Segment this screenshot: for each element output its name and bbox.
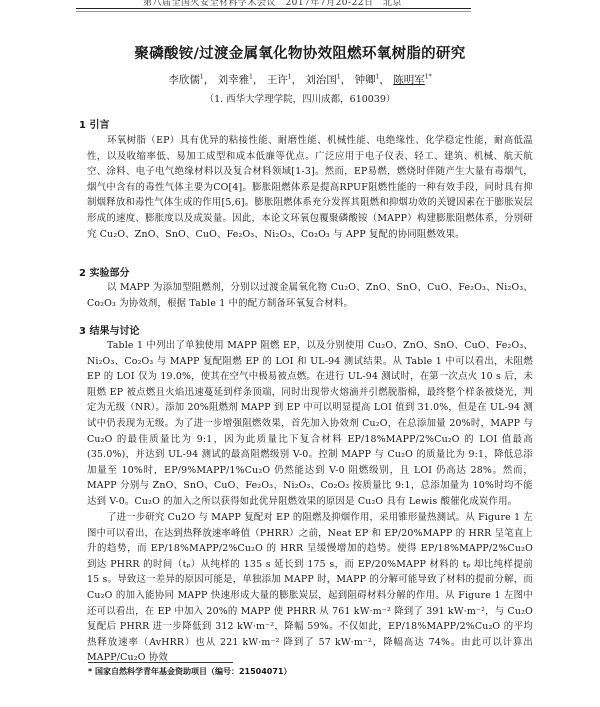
author: 李欣儒	[168, 74, 200, 86]
paragraph-results-1: Table 1 中列出了单独使用 MAPP 阻燃 EP，以及分别使用 Cu₂O、…	[87, 338, 533, 510]
section-heading-experimental: 2 实验部分	[79, 264, 129, 279]
section-heading-intro: 1 引言	[79, 116, 109, 131]
footnote-funding: * 国家自然科学青年基金资助项目（编号：21504071）	[88, 666, 292, 677]
author: 钟卿	[355, 74, 376, 86]
author: 刘治国	[305, 74, 337, 86]
paper-title: 聚磷酸铵/过渡金属氧化物协效阻燃环氧树脂的研究	[0, 42, 600, 63]
author: 王许	[267, 74, 288, 86]
affiliation: （1. 西华大学理学院，四川成都，610039）	[0, 91, 600, 105]
paragraph-experimental: 以 MAPP 为添加型阻燃剂，分别以过渡金属氧化物 Cu₂O、ZnO、SnO、C…	[87, 280, 533, 311]
paragraph-intro: 环氧树脂（EP）具有优异的粘接性能、耐磨性能、机械性能、电绝缘性、化学稳定性能，…	[87, 133, 533, 242]
paragraph-results-2: 了进一步研究 Cu2O 与 MAPP 复配对 EP 的阻燃及抑烟作用，采用锥形量…	[87, 510, 533, 666]
author: 刘幸雅	[218, 74, 250, 86]
footnote-rule	[88, 662, 233, 663]
header-rule-thin	[76, 11, 471, 12]
corresponding-author: 陈明军	[393, 74, 425, 86]
section-heading-results: 3 结果与讨论	[79, 322, 139, 337]
header-rule	[76, 8, 471, 9]
running-header: 第八届全国火安全材料学术会议 2017年7月20-22日 北京	[76, 0, 469, 8]
author-list: 李欣儒1， 刘幸雅1， 王许1， 刘治国1， 钟卿1， 陈明军1*	[0, 72, 600, 87]
